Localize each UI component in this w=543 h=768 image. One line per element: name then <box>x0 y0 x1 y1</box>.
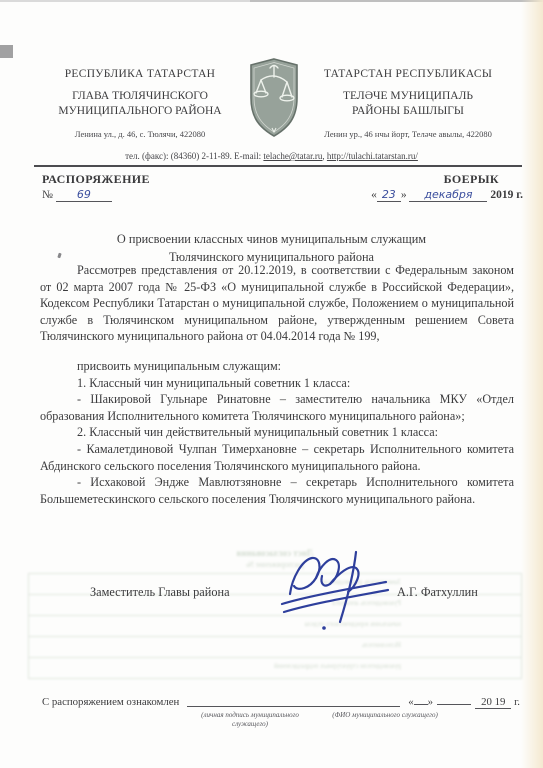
order-type-russian: РАСПОРЯЖЕНИЕ <box>42 172 150 187</box>
ghost-table-row: Исполнитель <box>28 637 522 658</box>
republic-name-ru: РЕСПУБЛИКА ТАТАРСТАН <box>36 68 244 80</box>
body-paragraph: 1. Классный чин муниципальный советник 1… <box>40 375 514 392</box>
document-title: О присвоении классных чинов муниципальны… <box>0 231 543 266</box>
signer-position: Заместитель Главы района <box>90 585 230 600</box>
organization-name-tat: ТЕЛӘЧЕ МУНИЦИПАЛЬ РАЙОНЫ БАШЛЫГЫ <box>300 89 516 118</box>
address-tat: Ленин ур., 46 нчы йорт, Теләче авылы, 42… <box>300 129 516 139</box>
header-divider-rule <box>34 165 522 167</box>
ack-year: 20 19 <box>475 696 511 709</box>
ack-quote-open: « <box>408 696 413 708</box>
date-year: 2019 г. <box>490 189 523 201</box>
order-type-tatar: БОЕРЫК <box>444 172 499 187</box>
website-link: http://tulachi.tatarstan.ru/ <box>327 151 418 161</box>
date-quote-close: » <box>401 189 407 201</box>
handwritten-signature <box>268 548 398 638</box>
organization-name-ru-line2: МУНИЦИПАЛЬНОГО РАЙОНА <box>36 104 244 119</box>
phone-fax: тел. (факс): (84360) 2-11-89. E-mail: <box>125 151 263 161</box>
date-day-blank: 23 <box>377 188 401 202</box>
body-paragraph: Рассмотрев представления от 20.12.2019, … <box>40 262 514 345</box>
body-paragraph: - Шакировой Гульнаре Ринатовне – замести… <box>40 391 514 424</box>
address-ru: Ленина ул., д. 46, с. Тюлячи, 422080 <box>36 129 244 139</box>
ack-quote-close: » <box>428 696 433 708</box>
date-day-handwritten: 23 <box>382 188 396 201</box>
acknowledgement-block: С распоряжением ознакомлен «»20 19 г. (л… <box>42 694 520 708</box>
order-body: Рассмотрев представления от 20.12.2019, … <box>40 262 514 507</box>
order-number-handwritten: 69 <box>77 188 91 201</box>
order-number-label: № <box>42 189 53 201</box>
personal-signature-caption: (личная подпись муниципального служащего… <box>200 711 300 729</box>
ack-day-blank <box>414 704 428 705</box>
date-month-blank: декабря <box>409 188 487 202</box>
acknowledgement-row: С распоряжением ознакомлен «»20 19 г. <box>42 694 520 708</box>
letterhead-tatar: ТАТАРСТАН РЕСПУБЛИКАСЫ ТЕЛӘЧЕ МУНИЦИПАЛЬ… <box>300 68 516 139</box>
signer-name: А.Г. Фатхуллин <box>397 585 478 600</box>
letterhead-russian: РЕСПУБЛИКА ТАТАРСТАН ГЛАВА ТЮЛЯЧИНСКОГО … <box>36 68 244 139</box>
order-date: «23» декабря 2019 г. <box>371 188 523 202</box>
document-title-line1: О присвоении классных чинов муниципальны… <box>0 231 543 249</box>
order-number: № 69 <box>42 188 112 202</box>
acknowledgement-label: С распоряжением ознакомлен <box>42 696 179 708</box>
organization-name-ru-line1: ГЛАВА ТЮЛЯЧИНСКОГО <box>36 89 244 104</box>
organization-name-ru: ГЛАВА ТЮЛЯЧИНСКОГО МУНИЦИПАЛЬНОГО РАЙОНА <box>36 89 244 118</box>
body-paragraph: 2. Классный чин действительный муниципал… <box>40 424 514 441</box>
body-paragraph: - Исхаковой Эндже Мавлютзяновне – секрет… <box>40 474 514 507</box>
order-number-blank: 69 <box>56 188 112 202</box>
body-paragraph: - Камалетдиновой Чулпан Тимерхановне – с… <box>40 441 514 474</box>
scan-artifact-mark <box>0 45 13 58</box>
acknowledgement-signature-blank <box>187 694 400 707</box>
scan-edge-right <box>521 0 543 768</box>
ack-year-suffix: г. <box>514 696 520 708</box>
email-link: telache@tatar.ru <box>263 151 322 161</box>
contact-line: тел. (факс): (84360) 2-11-89. E-mail: te… <box>0 151 543 161</box>
scan-edge-top-shadow <box>250 0 543 2</box>
republic-name-tat: ТАТАРСТАН РЕСПУБЛИКАСЫ <box>300 68 516 80</box>
acknowledgement-date-quotes: «»20 19 г. <box>408 696 520 708</box>
coat-of-arms-scales-icon <box>246 56 302 140</box>
date-month-handwritten: декабря <box>424 188 472 201</box>
body-paragraph: присвоить муниципальным служащим: <box>40 358 514 375</box>
organization-name-tat-line2: РАЙОНЫ БАШЛЫГЫ <box>300 104 516 119</box>
ghost-table-row: руководители структурных подразделений <box>28 658 522 679</box>
full-name-caption: (ФИО муниципального служащего) <box>330 711 440 720</box>
ack-month-blank <box>437 704 471 705</box>
organization-name-tat-line1: ТЕЛӘЧЕ МУНИЦИПАЛЬ <box>300 89 516 104</box>
scanned-order-document: РЕСПУБЛИКА ТАТАРСТАН ГЛАВА ТЮЛЯЧИНСКОГО … <box>0 0 543 768</box>
